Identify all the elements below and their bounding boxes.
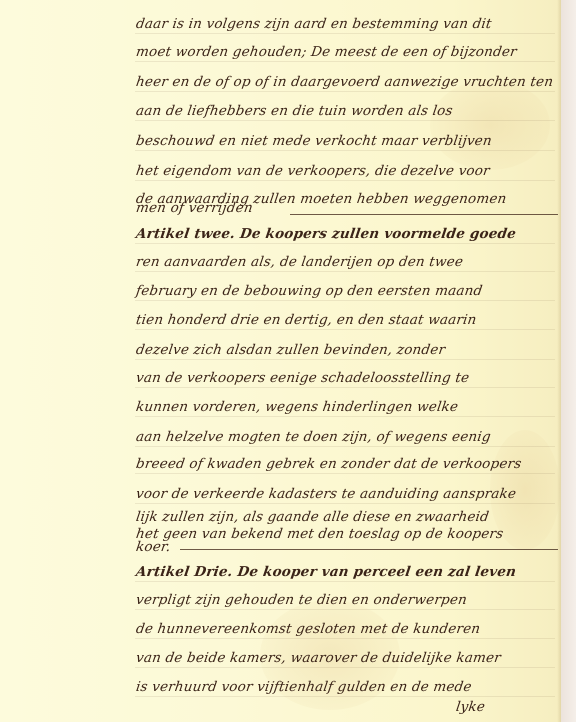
ruled-line bbox=[135, 638, 555, 639]
article-two-heading: Artikel twee. De koopers zullen voormeld… bbox=[135, 228, 517, 242]
text-line: lijk zullen zijn, als gaande alle diese … bbox=[135, 511, 490, 525]
text-line: van de beide kamers, waarover de duideli… bbox=[135, 652, 502, 666]
text-line: tien honderd drie en dertig, en den staa… bbox=[135, 314, 477, 328]
ruled-line bbox=[135, 609, 555, 610]
text-line: aan helzelve mogten te doen zijn, of weg… bbox=[135, 431, 492, 445]
ruled-line bbox=[135, 696, 555, 697]
text-line: daar is in volgens zijn aard en bestemmi… bbox=[135, 18, 492, 32]
ruled-line bbox=[135, 359, 555, 360]
text-line: february en de bebouwing op den eersten … bbox=[135, 285, 483, 299]
ruled-line bbox=[135, 329, 555, 330]
ruled-line bbox=[135, 446, 555, 447]
manuscript-page: daar is in volgens zijn aard en bestemmi… bbox=[0, 0, 561, 722]
text-line: men of verrijden bbox=[135, 202, 254, 216]
ruled-line bbox=[135, 387, 555, 388]
ruled-line bbox=[135, 581, 555, 582]
paper-stain bbox=[430, 80, 550, 170]
ruled-line bbox=[135, 667, 555, 668]
line-filler-rule bbox=[180, 549, 558, 550]
ruled-line bbox=[135, 271, 555, 272]
text-line: het eigendom van de verkoopers, die deze… bbox=[135, 165, 491, 179]
text-line: van de verkoopers eenige schadeloosstell… bbox=[135, 372, 470, 386]
text-line: koer. bbox=[135, 541, 171, 555]
text-line: de hunnevereenkomst gesloten met de kund… bbox=[135, 623, 481, 637]
ruled-line bbox=[135, 61, 555, 62]
catchword: lyke bbox=[455, 701, 486, 715]
text-line: voor de verkeerde kadasters te aanduidin… bbox=[135, 488, 517, 502]
text-line: het geen van bekend met den toeslag op d… bbox=[135, 528, 504, 542]
article-three-heading: Artikel Drie. De kooper van perceel een … bbox=[135, 566, 517, 580]
text-line: moet worden gehouden; De meest de een of… bbox=[135, 46, 518, 60]
text-line: beschouwd en niet mede verkocht maar ver… bbox=[135, 135, 493, 149]
ruled-line bbox=[135, 180, 555, 181]
ruled-line bbox=[135, 416, 555, 417]
text-line: is verhuurd voor vijftienhalf gulden en … bbox=[135, 681, 473, 695]
ruled-line bbox=[135, 243, 555, 244]
ruled-line bbox=[135, 33, 555, 34]
text-line: breeed of kwaden gebrek en zonder dat de… bbox=[135, 458, 522, 472]
ruled-line bbox=[135, 300, 555, 301]
text-line: aan de liefhebbers en die tuin worden al… bbox=[135, 105, 454, 119]
scan-background-edge bbox=[561, 0, 576, 722]
ruled-line bbox=[135, 91, 555, 92]
text-line: kunnen vorderen, wegens hinderlingen wel… bbox=[135, 401, 459, 415]
text-line: ren aanvaarden als, de landerijen op den… bbox=[135, 256, 464, 270]
ruled-line bbox=[135, 503, 555, 504]
line-filler-rule bbox=[290, 214, 558, 215]
ruled-line bbox=[135, 473, 555, 474]
ruled-line bbox=[135, 120, 555, 121]
ruled-line bbox=[135, 150, 555, 151]
text-line: verpligt zijn gehouden te dien en onderw… bbox=[135, 594, 468, 608]
text-line: dezelve zich alsdan zullen bevinden, zon… bbox=[135, 344, 446, 358]
text-line: heer en de of op of in daargevoerd aanwe… bbox=[135, 76, 554, 90]
